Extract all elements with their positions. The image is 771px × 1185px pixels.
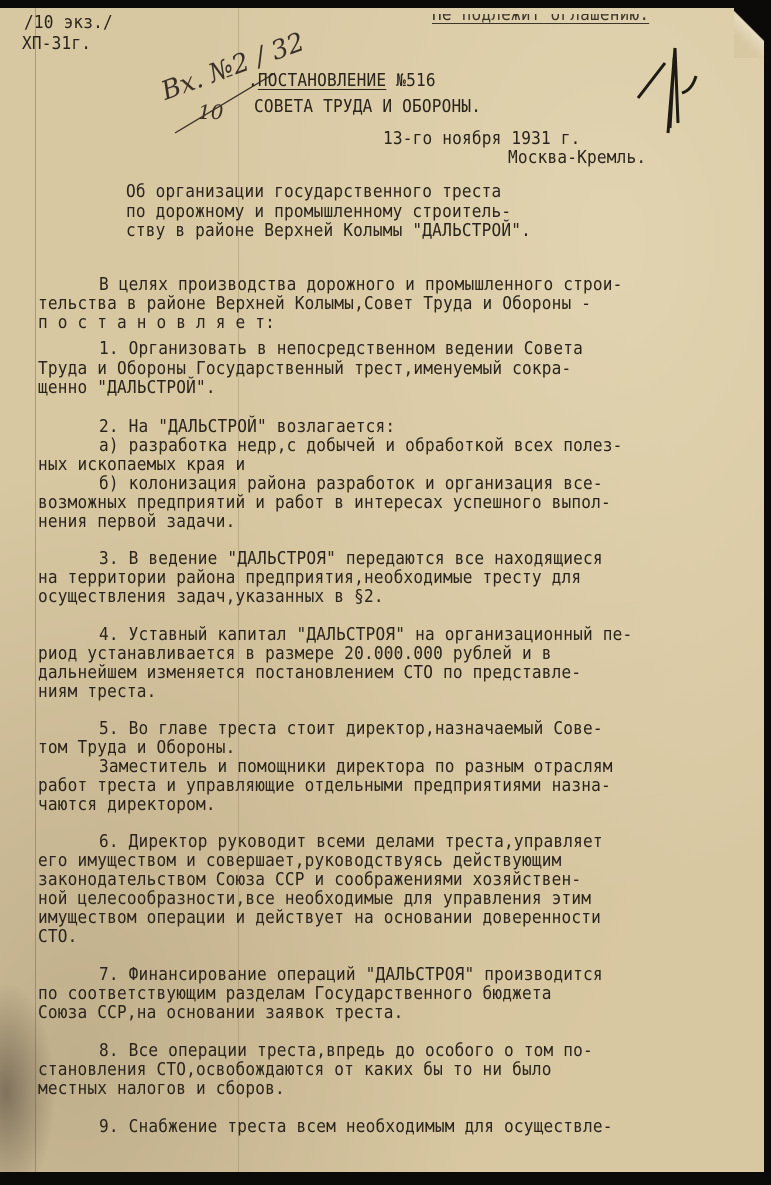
document-place: Москва-Кремль. [508, 149, 646, 168]
point-3-line: на территории района предприятия,необход… [38, 569, 581, 588]
document-page: /10 экз./ XП-31г. Не подлежит оглашению.… [0, 8, 764, 1172]
title-line-2: СОВЕТА ТРУДА И ОБОРОНЫ. [254, 98, 481, 117]
point-5-line: 5. Во главе треста стоит директор,назнач… [99, 720, 603, 739]
point-4-line: ниям треста. [38, 683, 157, 702]
point-9-line: 9. Снабжение треста всем необходимым для… [99, 1118, 613, 1137]
point-4-line: 4. Уставный капитал "ДАЛЬСТРОЯ" на орган… [99, 626, 632, 645]
point-3-line: 3. В ведение "ДАЛЬСТРОЯ" передаются все … [99, 550, 603, 569]
point-5-line: Заместитель и помощники директора по раз… [99, 758, 613, 777]
point-3-line: осуществления задач,указанных в §2. [38, 588, 384, 607]
point-6-line: его имуществом и совершает,руководствуяс… [38, 852, 561, 871]
preamble-line: В целях производства дорожного и промышл… [99, 276, 622, 295]
title-line-1: .ПОСТАНОВЛЕНИЕ №516 [248, 72, 436, 91]
point-1-line: 1. Организовать в непосредственном веден… [99, 340, 583, 359]
point-5-line: чаются директором. [38, 796, 216, 815]
point-8-line: становления СТО,освобождаются от каких б… [38, 1061, 552, 1080]
point-5-line: том Труда и Обороны. [38, 739, 236, 758]
point-6-line: ной целесообразности,все необходимые для… [38, 890, 591, 909]
document-date: 13-го ноября 1931 г. [383, 130, 581, 149]
folded-corner [734, 8, 764, 58]
resolution-number: №516 [396, 71, 436, 91]
point-6-line: СТО. [38, 928, 78, 947]
subject-line: по дорожному и промышленному строитель- [126, 203, 511, 222]
point-6-line: имуществом операции и действует на основ… [38, 909, 601, 928]
point-7-line: 7. Финансирование операций "ДАЛЬСТРОЯ" п… [99, 966, 603, 985]
point-2-line: 2. На "ДАЛЬСТРОЙ" возлагается: [99, 418, 395, 437]
point-2-line: ных ископаемых края и [38, 456, 245, 475]
point-8-line: 8. Все операции треста,впредь до особого… [99, 1042, 593, 1061]
point-8-line: местных налогов и сборов. [38, 1080, 285, 1099]
point-2-line: б) колонизация района разработок и орган… [99, 475, 603, 494]
point-1-line: щенно "ДАЛЬСТРОЙ". [38, 379, 216, 398]
document-type: ПОСТАНОВЛЕНИЕ [258, 71, 386, 91]
point-2-line: нения первой задачи. [38, 513, 236, 532]
point-1-line: Труда и Обороны Государственный трест,им… [38, 360, 571, 379]
point-7-line: по соответствующим разделам Государствен… [38, 985, 552, 1004]
subject-line: Об организации государственного треста [126, 183, 501, 202]
signature-mark-icon [630, 28, 700, 138]
preamble-line: п о с т а н о в л я е т: [38, 314, 275, 333]
point-5-line: работ треста и управляющие отдельными пр… [38, 777, 611, 796]
point-2-line: возможных предприятий и работ в интереса… [38, 494, 611, 513]
point-7-line: Союза ССР,на основании заявок треста. [38, 1004, 403, 1023]
copies-count: /10 экз./ [24, 14, 113, 33]
point-6-line: законодательством Союза ССР и соображени… [38, 871, 581, 890]
archive-reference: XП-31г. [22, 35, 91, 54]
subject-line: ству в районе Верхней Колымы "ДАЛЬСТРОЙ"… [126, 222, 531, 241]
classification-stamp: Не подлежит оглашению. [432, 6, 649, 25]
point-4-line: дальнейшем изменяется постановлением СТО… [38, 664, 581, 683]
preamble-line: тельства в районе Верхней Колымы,Совет Т… [38, 295, 591, 314]
point-6-line: 6. Директор руководит всеми делами трест… [99, 833, 603, 852]
point-2-line: а) разработка недр,с добычей и обработко… [99, 437, 622, 456]
point-4-line: риод устанавливается в размере 20.000.00… [38, 645, 552, 664]
